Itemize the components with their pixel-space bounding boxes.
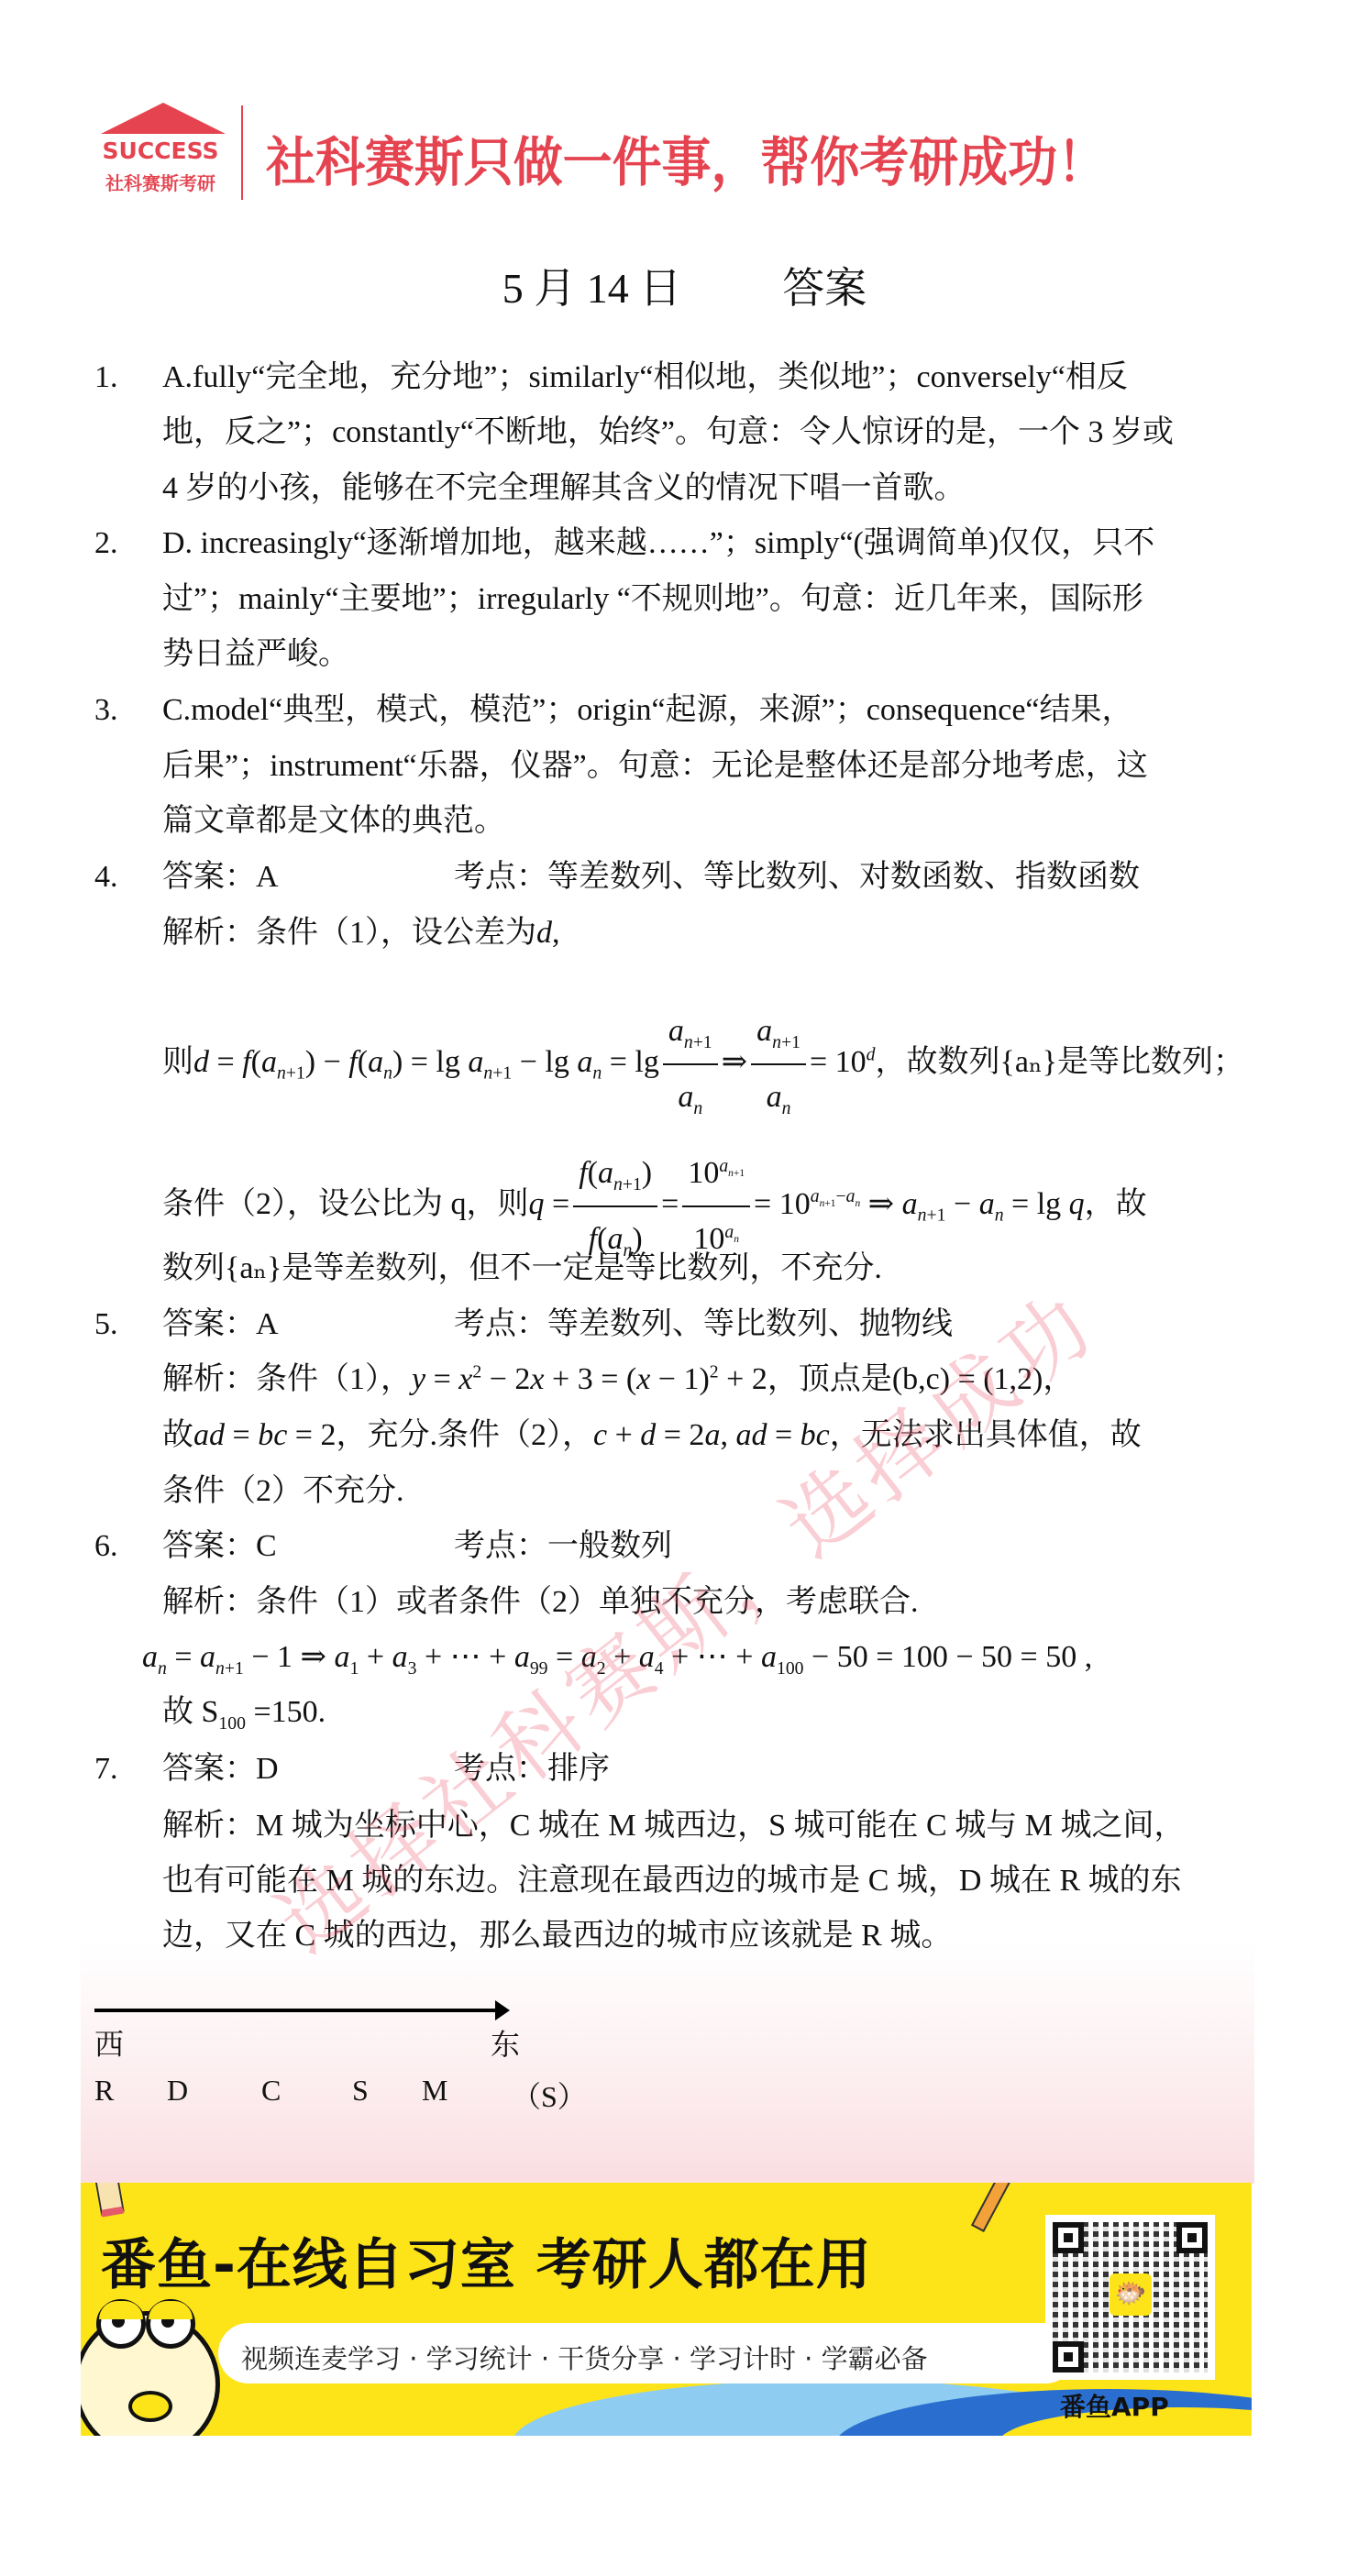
pencil-icon: [971, 2183, 1011, 2232]
item-2-line-2: 过”；mainly“主要地”；irregularly “不规则地”。句意：近几年…: [162, 581, 1143, 618]
item-number: 5.: [94, 1306, 118, 1343]
logo-chinese: 社科赛斯考研: [92, 169, 229, 195]
analysis-text: 解析：条件（1），设公差为: [162, 916, 536, 950]
west-label: 西: [94, 2021, 124, 2064]
formula-suffix: ，故: [1085, 1187, 1147, 1221]
pufferfish-mascot-icon: [81, 2311, 220, 2436]
brand-logo: SUCCESS 社科赛斯考研: [92, 103, 229, 204]
promo-banner[interactable]: 番鱼-在线自习室 考研人都在用 视频连麦学习 · 学习统计 · 干货分享 · 学…: [81, 2183, 1252, 2436]
item-5-line-1: 解析：条件（1），y = x2 − 2x + 3 = (x − 1)2 + 2，…: [162, 1361, 1074, 1398]
item-3-line-3: 篇文章都是文体的典范。: [162, 803, 505, 840]
banner-headline: 番鱼-在线自习室 考研人都在用: [101, 2221, 872, 2300]
analysis-text: ，充分.条件（2），: [336, 1418, 593, 1452]
math-var: d: [536, 916, 552, 950]
item-5-line-2: 故ad = bc = 2，充分.条件（2），c + d = 2a, ad = b…: [162, 1417, 1142, 1454]
east-label: 东: [491, 2021, 520, 2064]
analysis-text: ，顶点是(b,c) = (1,2)，: [767, 1362, 1075, 1396]
qr-code[interactable]: 🐡: [1045, 2215, 1215, 2380]
app-label: 番鱼APP: [1060, 2387, 1169, 2424]
item-number: 4.: [94, 859, 118, 896]
title-date: 5 月 14 日: [502, 255, 682, 315]
city-c: C: [261, 2074, 281, 2108]
city-r: R: [94, 2074, 114, 2108]
item-1-line-1: A.fully“完全地，充分地”；similarly“相似地，类似地”；conv…: [162, 359, 1128, 396]
item-3-line-1: C.model“典型，模式，模范”；origin“起源，来源”；conseque…: [162, 692, 1133, 729]
city-s-alt: （S）: [512, 2074, 587, 2116]
item-number: 6.: [94, 1528, 118, 1565]
analysis-text: 故: [162, 1418, 193, 1452]
item-6-line-1: 解析：条件（1）或者条件（2）单独不充分，考虑联合.: [162, 1584, 919, 1621]
item-7-line-3: 边，又在 C 城的西边，那么最西边的城市应该就是 R 城。: [162, 1918, 952, 1954]
arrow-right-icon: [495, 2000, 510, 2020]
analysis-text: .: [318, 1695, 326, 1729]
item-3-line-2: 后果”；instrument“乐器，仪器”。句意：无论是整体还是部分地考虑，这: [162, 748, 1148, 785]
mouth-icon: [128, 2391, 172, 2422]
title-label: 答案: [782, 255, 867, 315]
item-7-line-1: 解析：M 城为坐标中心，C 城在 M 城西边，S 城可能在 C 城与 M 城之间…: [162, 1808, 1185, 1844]
item-7-line-2: 也有可能在 M 城的东边。注意现在最西边的城市是 C 城，D 城在 R 城的东: [162, 1863, 1182, 1899]
qr-finder-icon: [1053, 2222, 1084, 2253]
city-m: M: [422, 2074, 447, 2108]
city-s: S: [352, 2074, 369, 2108]
formula-prefix: 则: [162, 1045, 193, 1079]
result-value: =150: [253, 1695, 317, 1729]
item-5-line-3: 条件（2）不充分.: [162, 1473, 404, 1510]
item-number: 7.: [94, 1751, 118, 1788]
item-6-formula: an = an+1 − 1 ⇒ a1 + a3 + ⋯ + a99 = a2 +…: [142, 1639, 1092, 1676]
roof-icon: [101, 103, 226, 134]
header-slogan: 社科赛斯只做一件事，帮你考研成功！: [266, 119, 1107, 196]
item-1-line-3: 4 岁的小孩，能够在不完全理解其含义的情况下唱一首歌。: [162, 470, 966, 507]
formula-suffix: ，故数列{aₙ}是等比数列；: [876, 1045, 1244, 1079]
qr-finder-icon: [1176, 2222, 1208, 2253]
item-1-line-2: 地，反之”；constantly“不断地，始终”。句意：令人惊讶的是，一个 3 …: [162, 414, 1174, 451]
item-2-line-3: 势日益严峻。: [162, 636, 349, 673]
keypoint-label: 考点：一般数列: [454, 1528, 672, 1565]
answer-label: 答案：D: [162, 1751, 279, 1788]
analysis-text: 故: [162, 1695, 193, 1729]
page-title: 5 月 14 日答案: [0, 255, 1369, 315]
background-wash: [81, 1943, 1254, 2184]
fish-logo-icon: 🐡: [1110, 2273, 1152, 2316]
city-d: D: [167, 2074, 188, 2108]
answer-label: 答案：A: [162, 1306, 279, 1343]
item-4-conclusion: 数列{aₙ}是等差数列，但不一定是等比数列，不充分.: [162, 1250, 882, 1287]
formula-prefix: 条件（2），设公比为 q，则: [162, 1187, 529, 1221]
keypoint-label: 考点：等差数列、等比数列、对数函数、指数函数: [454, 859, 1140, 896]
header-divider: [241, 105, 243, 200]
item-number: 3.: [94, 692, 118, 729]
analysis-intro: 解析：条件（1），设公差为d,: [162, 915, 560, 952]
item-number: 1.: [94, 359, 118, 396]
qr-finder-icon: [1053, 2341, 1084, 2372]
formula-1: 则d = f(an+1) − f(an) = lg an+1 − lg an =…: [162, 999, 1244, 1129]
analysis-text: 解析：条件（1），: [162, 1362, 412, 1396]
item-6-line-3: 故 S100 =150.: [162, 1694, 326, 1731]
banner-features: 视频连麦学习 · 学习统计 · 干货分享 · 学习计时 · 学霸必备: [241, 2339, 928, 2376]
answer-label: 答案：C: [162, 1528, 277, 1565]
eraser-icon: [94, 2183, 125, 2218]
item-2-line-1: D. increasingly“逐渐增加地，越来越……”；simply“(强调简…: [162, 525, 1154, 562]
answer-label: 答案：A: [162, 859, 279, 896]
direction-arrow-line: [94, 2009, 498, 2012]
item-number: 2.: [94, 525, 118, 562]
analysis-text: ，无法求出具体值，故: [830, 1418, 1142, 1452]
keypoint-label: 考点：排序: [454, 1751, 610, 1788]
keypoint-label: 考点：等差数列、等比数列、抛物线: [454, 1306, 953, 1343]
logo-english: SUCCESS: [92, 138, 229, 164]
